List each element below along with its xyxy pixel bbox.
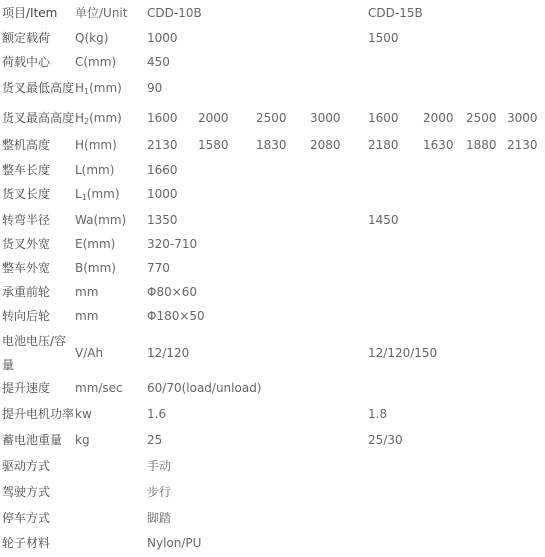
row-label: 额定载荷 — [2, 30, 50, 46]
row-unit: Q(kg) — [75, 30, 108, 46]
value-cdd-10b: 320-710 — [147, 236, 197, 252]
value-cdd-15b: 1.8 — [368, 406, 387, 422]
row-unit: B(mm) — [75, 260, 116, 276]
value-cdd-10b: 步行 — [147, 484, 171, 500]
value-cdd-10b: 2080 — [310, 137, 341, 153]
row-label: 停车方式 — [2, 510, 50, 526]
row-label: 整车长度 — [2, 162, 50, 178]
value-cdd-10b: 3000 — [310, 110, 341, 126]
unit-suffix: (mm) — [89, 111, 122, 125]
value-cdd-15b: 1630 — [423, 137, 454, 153]
row-label: 驱动方式 — [2, 458, 50, 474]
value-cdd-10b: Nylon/PU — [147, 535, 201, 551]
row-label: 提升电机功率 — [2, 406, 74, 422]
row-unit: kg — [75, 432, 90, 448]
unit-suffix: (mm) — [89, 81, 122, 95]
row-unit: kw — [75, 406, 92, 422]
unit-symbol: L — [75, 187, 82, 201]
value-cdd-15b: 12/120/150 — [368, 345, 437, 361]
value-cdd-10b: Φ180×50 — [147, 308, 205, 324]
row-unit: V/Ah — [75, 345, 103, 361]
row-unit: H(mm) — [75, 137, 117, 153]
header-model-cdd-15b: CDD-15B — [368, 5, 423, 21]
value-cdd-10b: 脚踏 — [147, 510, 171, 526]
value-cdd-10b: 450 — [147, 54, 170, 70]
row-label: 轮子材料 — [2, 535, 50, 551]
header-model-cdd-10b: CDD-10B — [147, 5, 202, 21]
value-cdd-15b: 3000 — [507, 110, 538, 126]
value-cdd-10b: 2130 — [147, 137, 178, 153]
unit-symbol: H — [75, 81, 84, 95]
value-cdd-10b: 25 — [147, 432, 162, 448]
row-label: 货叉外宽 — [2, 236, 50, 252]
header-unit: 单位/Unit — [75, 5, 127, 21]
unit-suffix: (mm) — [87, 187, 120, 201]
row-unit: H2(mm) — [75, 110, 122, 130]
value-cdd-10b: 1350 — [147, 212, 178, 228]
row-label: 整车外宽 — [2, 260, 50, 276]
value-cdd-10b: 1580 — [198, 137, 229, 153]
row-unit: mm — [75, 284, 98, 300]
value-cdd-10b: 1600 — [147, 110, 178, 126]
row-unit: Wa(mm) — [75, 212, 126, 228]
value-cdd-15b: 1450 — [368, 212, 399, 228]
value-cdd-10b: 1830 — [256, 137, 287, 153]
value-cdd-15b: 2180 — [368, 137, 399, 153]
header-item: 项目/Item — [2, 5, 57, 21]
row-unit: C(mm) — [75, 54, 116, 70]
value-cdd-15b: 2500 — [466, 110, 497, 126]
value-cdd-15b: 2130 — [507, 137, 538, 153]
value-cdd-10b: 2000 — [198, 110, 229, 126]
value-cdd-10b: 手动 — [147, 458, 171, 474]
value-cdd-15b: 2000 — [423, 110, 454, 126]
row-unit: L(mm) — [75, 162, 114, 178]
row-label: 驾驶方式 — [2, 484, 50, 500]
row-label: 电池电压/容 — [2, 333, 66, 349]
value-cdd-10b: 12/120 — [147, 345, 189, 361]
row-label: 转向后轮 — [2, 308, 50, 324]
value-cdd-15b: 25/30 — [368, 432, 403, 448]
row-label: 蓄电池重量 — [2, 432, 62, 448]
row-label-cont: 量 — [2, 357, 14, 373]
row-label: 货叉长度 — [2, 186, 50, 202]
value-cdd-10b: Φ80×60 — [147, 284, 197, 300]
value-cdd-10b: 1000 — [147, 30, 178, 46]
value-cdd-15b: 1500 — [368, 30, 399, 46]
row-unit: mm/sec — [75, 380, 123, 396]
row-unit: L1(mm) — [75, 186, 120, 206]
value-cdd-10b: 1660 — [147, 162, 178, 178]
value-cdd-10b: 2500 — [256, 110, 287, 126]
row-unit: E(mm) — [75, 236, 115, 252]
value-cdd-15b: 1600 — [368, 110, 399, 126]
row-label: 提升速度 — [2, 380, 50, 396]
value-cdd-15b: 1880 — [466, 137, 497, 153]
value-cdd-10b: 1000 — [147, 186, 178, 202]
value-cdd-10b: 60/70(load/unload) — [147, 380, 262, 396]
row-unit: H1(mm) — [75, 80, 122, 100]
value-cdd-10b: 1.6 — [147, 406, 166, 422]
value-cdd-10b: 90 — [147, 80, 162, 96]
row-label: 货叉最高高度 — [2, 110, 74, 126]
value-cdd-10b: 770 — [147, 260, 170, 276]
row-label: 货叉最低高度 — [2, 80, 74, 96]
row-label: 承重前轮 — [2, 284, 50, 300]
row-label: 整机高度 — [2, 137, 50, 153]
row-label: 转弯半径 — [2, 212, 50, 228]
unit-symbol: H — [75, 111, 84, 125]
row-label: 荷载中心 — [2, 54, 50, 70]
row-unit: mm — [75, 308, 98, 324]
